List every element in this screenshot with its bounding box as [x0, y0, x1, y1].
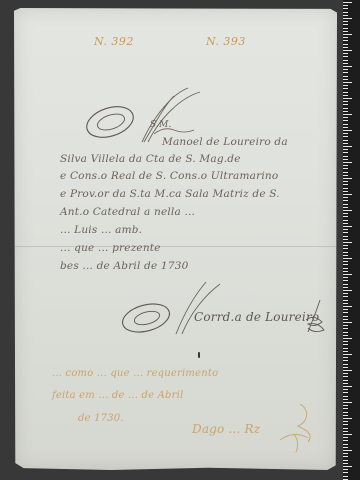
- ruler-tick: [343, 194, 352, 195]
- ruler-tick: [343, 386, 352, 387]
- ruler-tick: [343, 421, 348, 422]
- salutation-flourish-icon-2: [120, 278, 230, 338]
- ruler-tick: [343, 127, 348, 128]
- ruler-tick: [343, 108, 348, 109]
- ruler-tick: [343, 111, 348, 112]
- ruler-tick: [343, 44, 348, 45]
- ruler-tick: [343, 60, 348, 61]
- annotation-line-3: de 1730.: [78, 413, 124, 424]
- ruler-tick: [343, 216, 348, 217]
- ruler-tick: [343, 15, 348, 16]
- ruler-tick: [343, 82, 352, 83]
- ruler-tick: [343, 232, 348, 233]
- ruler-tick: [343, 437, 348, 438]
- ruler-tick: [343, 24, 348, 25]
- ruler-tick: [343, 239, 348, 240]
- ruler-tick: [343, 85, 348, 86]
- ruler-tick: [343, 325, 348, 326]
- ruler-tick: [343, 5, 348, 6]
- ruler-tick: [343, 434, 352, 435]
- ruler-tick: [343, 360, 348, 361]
- ruler-tick: [343, 88, 348, 89]
- ruler-tick: [343, 408, 348, 409]
- document-scan: N. 392 N. 393 S.M. Manoel de Loureiro da…: [0, 0, 360, 480]
- ruler-tick: [343, 415, 348, 416]
- ruler-tick: [343, 399, 348, 400]
- annotation-signature: Dago ... Rz: [192, 422, 260, 436]
- ruler-tick: [343, 405, 348, 406]
- ruler-tick: [343, 136, 348, 137]
- ruler-tick: [343, 383, 348, 384]
- ruler-tick: [343, 159, 348, 160]
- ruler-tick: [343, 444, 348, 445]
- ruler-tick: [343, 460, 348, 461]
- ruler-tick: [343, 236, 348, 237]
- ruler-tick: [343, 274, 352, 275]
- ruler-tick: [343, 335, 348, 336]
- ruler-tick: [343, 466, 352, 467]
- ruler-tick: [343, 300, 348, 301]
- ruler-tick: [343, 220, 348, 221]
- ruler-tick: [343, 453, 348, 454]
- ruler-tick: [343, 376, 348, 377]
- ruler-tick: [343, 258, 352, 259]
- ruler-tick: [343, 332, 348, 333]
- ruler-tick: [343, 344, 348, 345]
- ruler-tick: [343, 114, 352, 115]
- ruler-tick: [343, 370, 352, 371]
- ruler-tick: [343, 472, 348, 473]
- ruler-tick: [343, 293, 348, 294]
- ruler-tick: [343, 348, 348, 349]
- ruler-tick: [343, 447, 348, 448]
- body-line-8: bes ... de Abril de 1730: [60, 260, 188, 272]
- ruler-tick: [343, 338, 352, 339]
- ruler-tick: [343, 223, 348, 224]
- ruler-tick: [343, 428, 348, 429]
- ruler-tick: [343, 319, 348, 320]
- ruler-tick: [343, 178, 352, 179]
- ruler-tick: [343, 440, 348, 441]
- ruler-tick: [343, 95, 348, 96]
- ruler-tick: [343, 47, 348, 48]
- ruler-tick: [343, 418, 352, 419]
- annotation-line-1: ... como ... que ... requerimento: [52, 368, 218, 379]
- ruler-tick: [343, 143, 348, 144]
- ruler-tick: [343, 396, 348, 397]
- ruler-tick: [343, 210, 352, 211]
- ruler-tick: [343, 69, 348, 70]
- ruler-tick: [343, 357, 348, 358]
- ruler-tick: [343, 8, 348, 9]
- folio-number-right: N. 393: [206, 35, 246, 48]
- body-line-6: ... Luis ... amb.: [60, 224, 142, 236]
- ruler-tick: [343, 431, 348, 432]
- ruler-tick: [343, 117, 348, 118]
- ruler-tick: [343, 149, 348, 150]
- salutation-initials: S.M.: [150, 120, 172, 130]
- ruler-tick: [343, 373, 348, 374]
- ruler-tick: [343, 76, 348, 77]
- ruler-tick: [343, 268, 348, 269]
- ink-mark: [198, 352, 200, 358]
- ruler-tick: [343, 200, 348, 201]
- body-line-1: Manoel de Loureiro da: [162, 136, 288, 148]
- ruler-tick: [343, 18, 352, 19]
- ruler-tick: [343, 21, 348, 22]
- ruler-tick: [343, 31, 348, 32]
- ruler-tick: [343, 37, 348, 38]
- ruler-tick: [343, 280, 348, 281]
- ruler-tick: [343, 140, 348, 141]
- body-line-2: Silva Villela da Cta de S. Mag.de: [60, 153, 241, 165]
- ruler-tick: [343, 101, 348, 102]
- ruler-tick: [343, 264, 348, 265]
- ruler-tick: [343, 229, 348, 230]
- ruler-tick: [343, 133, 348, 134]
- ruler-tick: [343, 424, 348, 425]
- ruler-tick: [343, 104, 348, 105]
- measurement-ruler: [343, 0, 360, 480]
- ruler-tick: [343, 120, 348, 121]
- ruler-tick: [343, 50, 352, 51]
- ruler-tick: [343, 213, 348, 214]
- ruler-tick: [343, 354, 352, 355]
- ruler-tick: [343, 341, 348, 342]
- signature-name: Corrd.a de Loureiro: [194, 310, 319, 324]
- manuscript-page: N. 392 N. 393 S.M. Manoel de Loureiro da…: [14, 8, 337, 470]
- ruler-tick: [343, 412, 348, 413]
- ruler-tick: [343, 12, 348, 13]
- ruler-tick: [343, 40, 348, 41]
- folio-number-left: N. 392: [94, 35, 134, 48]
- ruler-tick: [343, 380, 348, 381]
- ruler-tick: [343, 226, 352, 227]
- ruler-tick: [343, 175, 348, 176]
- ruler-tick: [343, 184, 348, 185]
- ruler-tick: [343, 156, 348, 157]
- ruler-tick: [343, 207, 348, 208]
- ruler-tick: [343, 463, 348, 464]
- signature-rubric-icon: [302, 298, 330, 338]
- ruler-tick: [343, 146, 352, 147]
- ruler-tick: [343, 306, 352, 307]
- ruler-tick: [343, 328, 348, 329]
- ruler-tick: [343, 296, 348, 297]
- ruler-tick: [343, 322, 352, 323]
- ruler-tick: [343, 312, 348, 313]
- ruler-tick: [343, 172, 348, 173]
- ruler-tick: [343, 252, 348, 253]
- ruler-tick: [343, 351, 348, 352]
- ruler-tick: [343, 72, 348, 73]
- body-line-4: e Prov.or da S.ta M.ca Sala Matriz de S.: [60, 188, 280, 200]
- ruler-tick: [343, 92, 348, 93]
- ruler-tick: [343, 290, 352, 291]
- ruler-tick: [343, 53, 348, 54]
- ruler-tick: [343, 287, 348, 288]
- ruler-tick: [343, 63, 348, 64]
- ruler-tick: [343, 165, 348, 166]
- ruler-tick: [343, 152, 348, 153]
- ruler-tick: [343, 56, 348, 57]
- ruler-tick: [343, 124, 348, 125]
- ruler-tick: [343, 188, 348, 189]
- ruler-tick: [343, 162, 352, 163]
- ruler-tick: [343, 277, 348, 278]
- ruler-tick: [343, 284, 348, 285]
- ruler-tick: [343, 242, 352, 243]
- ruler-tick: [343, 28, 348, 29]
- ruler-tick: [343, 364, 348, 365]
- ruler-tick: [343, 181, 348, 182]
- ruler-tick: [343, 469, 348, 470]
- ruler-tick: [343, 66, 352, 67]
- ruler-tick: [343, 316, 348, 317]
- ruler-tick: [343, 245, 348, 246]
- ruler-tick: [343, 2, 352, 3]
- ruler-tick: [343, 309, 348, 310]
- ruler-tick: [343, 476, 348, 477]
- ruler-tick: [343, 450, 352, 451]
- ruler-tick: [343, 130, 352, 131]
- ruler-tick: [343, 34, 352, 35]
- ruler-tick: [343, 98, 352, 99]
- ruler-tick: [343, 392, 348, 393]
- ruler-tick: [343, 261, 348, 262]
- ruler-tick: [343, 367, 348, 368]
- annotation-line-2: feita em ... de ... de Abril: [52, 390, 183, 401]
- annotation-rubric-icon: [270, 400, 320, 456]
- ruler-tick: [343, 204, 348, 205]
- body-line-5: Ant.o Catedral a nella ...: [60, 206, 195, 218]
- ruler-tick: [343, 271, 348, 272]
- body-line-3: e Cons.o Real de S. Cons.o Ultramarino: [60, 170, 278, 182]
- ruler-tick: [343, 456, 348, 457]
- ruler-tick: [343, 79, 348, 80]
- body-line-7: ... que ... prezente: [60, 242, 161, 254]
- ruler-tick: [343, 303, 348, 304]
- ruler-tick: [343, 248, 348, 249]
- ruler-tick: [343, 197, 348, 198]
- ruler-tick: [343, 389, 348, 390]
- ruler-tick: [343, 168, 348, 169]
- ruler-tick: [343, 255, 348, 256]
- ruler-tick: [343, 191, 348, 192]
- ruler-tick: [343, 402, 352, 403]
